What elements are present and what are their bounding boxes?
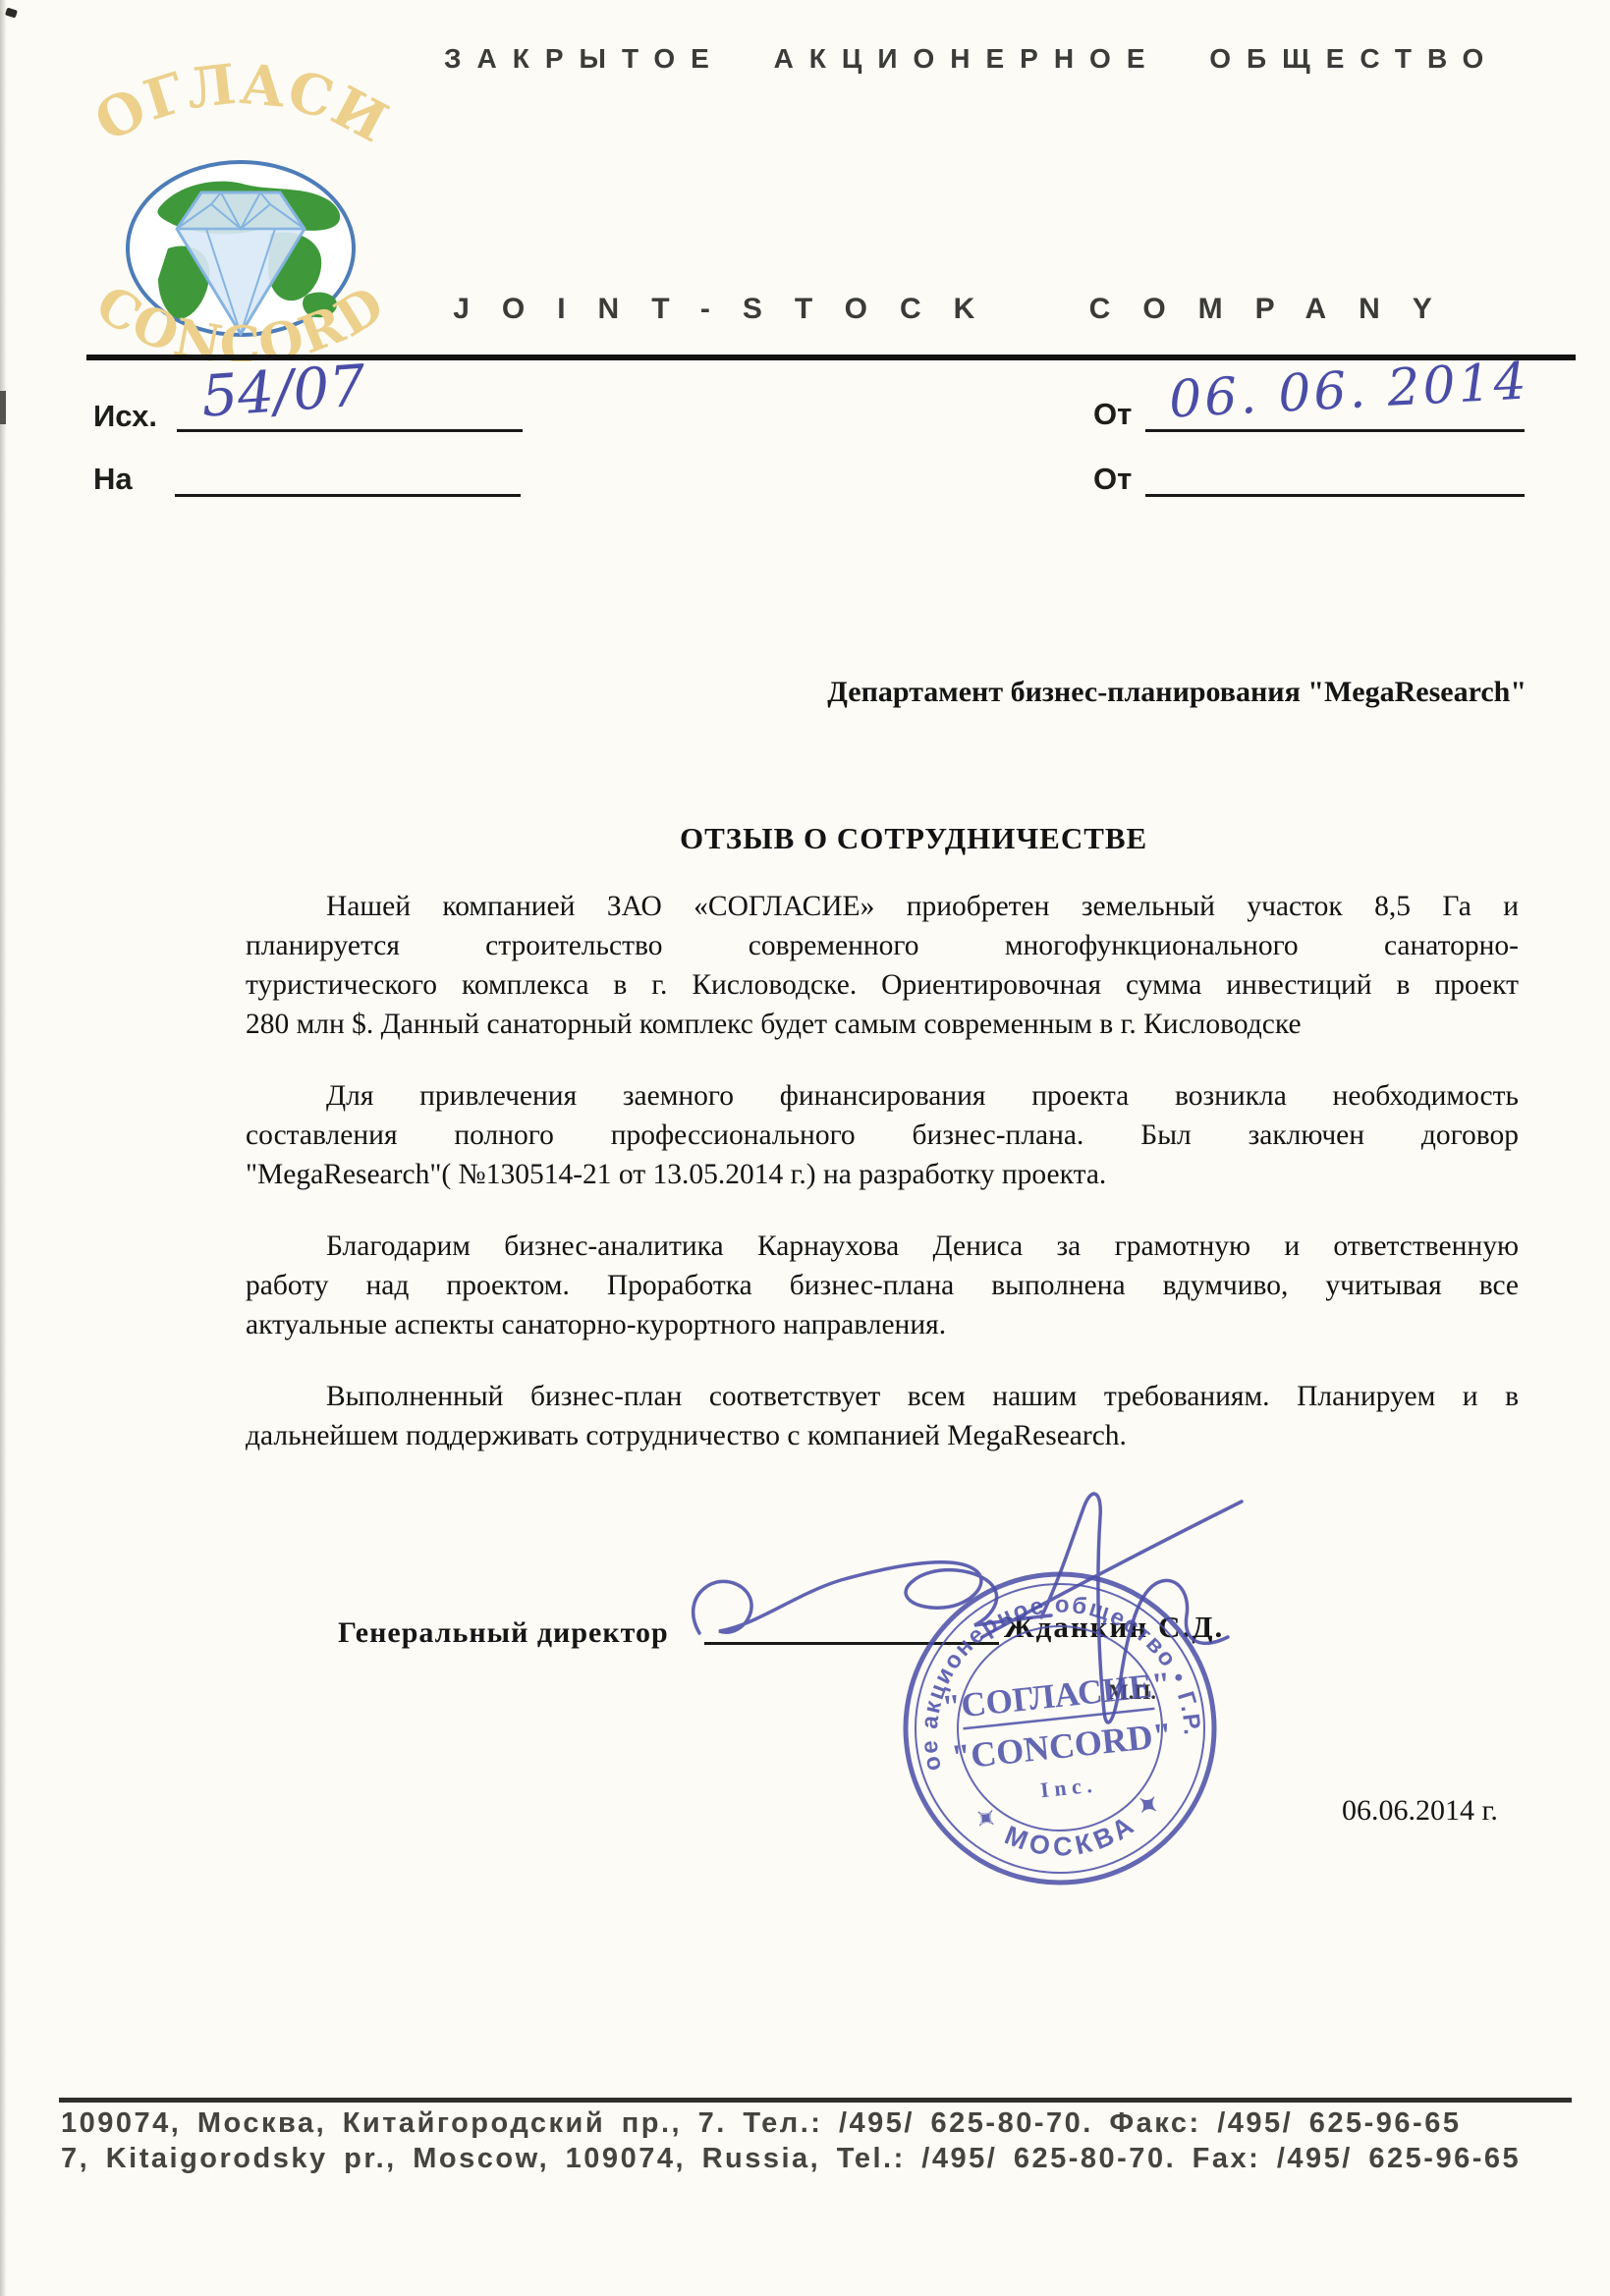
date-handwritten: 06. 06. 2014 bbox=[1168, 352, 1530, 429]
incoming-number-line bbox=[175, 494, 521, 497]
page-title: ОТЗЫВ О СОТРУДНИЧЕСТВЕ bbox=[680, 821, 1147, 856]
stamp-center-inc: I n c . bbox=[1039, 1773, 1093, 1802]
scan-artifact bbox=[0, 391, 6, 424]
document-date: 06.06.2014 г. bbox=[1342, 1794, 1498, 1828]
svg-text:СОГЛАСИЕ: СОГЛАСИЕ bbox=[74, 47, 399, 156]
body-line: дальнейшем поддерживать сотрудничество с… bbox=[246, 1416, 1519, 1455]
body-line: "MegaResearch"( №130514-21 от 13.05.2014… bbox=[246, 1155, 1519, 1194]
body-line: туристического комплекса в г. Кисловодск… bbox=[246, 965, 1519, 1005]
body-line: Благодарим бизнес-аналитика Карнаухова Д… bbox=[246, 1227, 1519, 1266]
globe-diamond-logo-icon: СОГЛАСИЕ CONCORD bbox=[74, 47, 408, 361]
footer-address-ru: 109074, Москва, Китайгородский пр., 7. Т… bbox=[61, 2107, 1574, 2140]
body-line: актуальные аспекты санаторно-курортного … bbox=[246, 1305, 1519, 1344]
signer-position: Генеральный директор bbox=[338, 1616, 669, 1650]
scan-edge-shadow bbox=[0, 0, 7, 2296]
outgoing-number-handwritten: 54/07 bbox=[199, 352, 367, 429]
scanned-letter-page: СОГЛАСИЕ CONCORD ЗАКРЫТОЕ АКЦИОНЕРНОЕ ОБ… bbox=[0, 0, 1610, 2296]
date-line-2 bbox=[1145, 494, 1525, 497]
letter-body: Нашей компанией ЗАО «СОГЛАСИЕ» приобрете… bbox=[246, 887, 1519, 1488]
body-line: планируется строительство современного м… bbox=[246, 926, 1519, 965]
body-line: Нашей компанией ЗАО «СОГЛАСИЕ» приобрете… bbox=[246, 887, 1519, 926]
body-line: 280 млн $. Данный санаторный комплекс бу… bbox=[246, 1005, 1519, 1044]
org-type-ru: ЗАКРЫТОЕ АКЦИОНЕРНОЕ ОБЩЕСТВО bbox=[444, 43, 1466, 75]
date-from-label-2: От bbox=[1093, 462, 1132, 497]
company-logo: СОГЛАСИЕ CONCORD bbox=[74, 47, 408, 361]
director-signature bbox=[648, 1478, 1267, 1753]
incoming-number-label: На bbox=[93, 462, 133, 497]
paragraph: Выполненный бизнес-план соответствует вс… bbox=[246, 1377, 1519, 1455]
paragraph: Нашей компанией ЗАО «СОГЛАСИЕ» приобрете… bbox=[246, 887, 1519, 1044]
date-line bbox=[1145, 429, 1525, 432]
outgoing-number-line bbox=[177, 429, 523, 432]
paragraph: Благодарим бизнес-аналитика Карнаухова Д… bbox=[246, 1227, 1519, 1344]
footer-address-en: 7, Kitaigorodsky pr., Moscow, 109074, Ru… bbox=[61, 2143, 1574, 2175]
footer-rule bbox=[59, 2098, 1572, 2103]
body-line: Выполненный бизнес-план соответствует вс… bbox=[246, 1377, 1519, 1416]
outgoing-number-label: Исх. bbox=[93, 399, 157, 434]
body-line: составления полного профессионального би… bbox=[246, 1116, 1519, 1155]
body-line: Для привлечения заемного финансирования … bbox=[246, 1076, 1519, 1116]
org-type-en: JOINT-STOCK COMPANY bbox=[448, 293, 1470, 326]
logo-name-ru: СОГЛАСИЕ bbox=[74, 47, 399, 156]
date-from-label: От bbox=[1093, 397, 1132, 432]
body-line: работу над проектом. Проработка бизнес-п… bbox=[246, 1266, 1519, 1305]
addressee: Департамент бизнес-планирования "MegaRes… bbox=[827, 676, 1527, 709]
paragraph: Для привлечения заемного финансирования … bbox=[246, 1076, 1519, 1194]
signature-ink-icon bbox=[648, 1478, 1267, 1753]
